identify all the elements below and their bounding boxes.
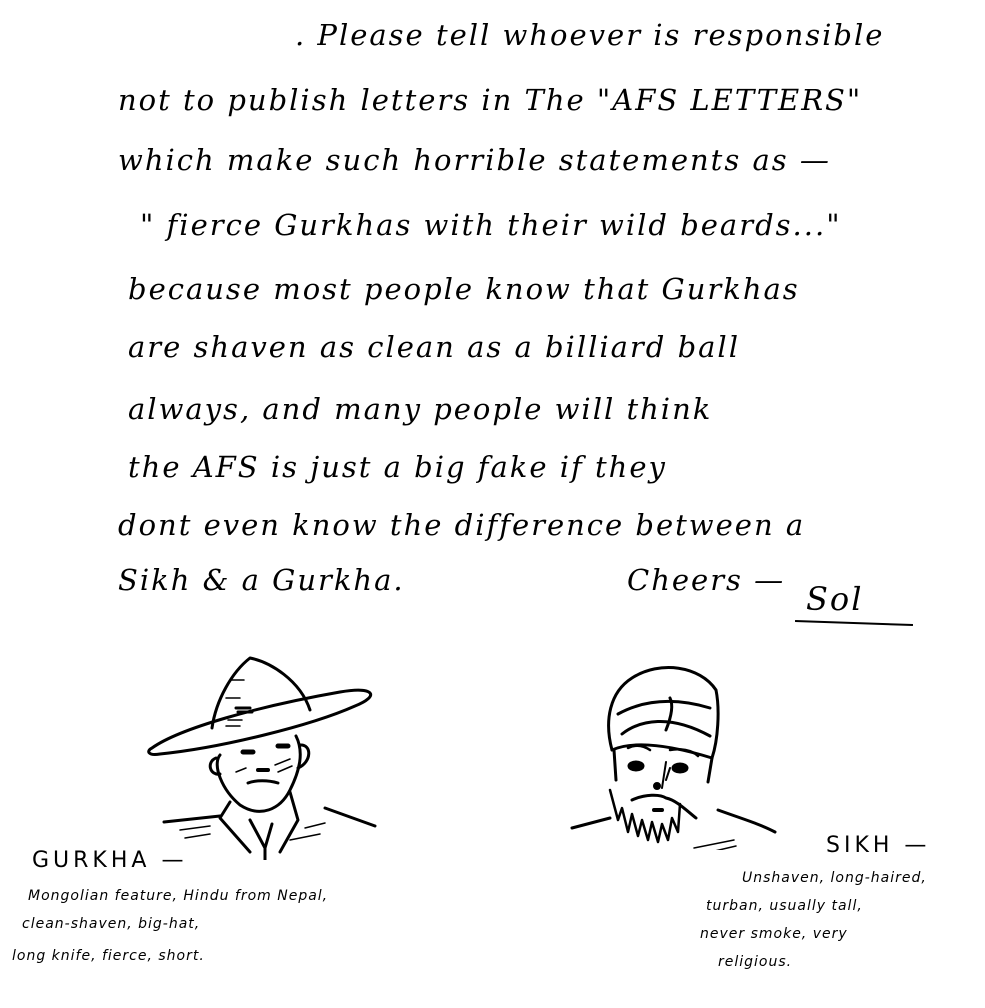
sikh-caption-line: Unshaven, long-haired, xyxy=(742,870,927,886)
sikh-man-sketch-icon xyxy=(570,650,800,850)
letter-line: are shaven as clean as a billiard ball xyxy=(128,330,740,364)
sikh-caption-line: religious. xyxy=(718,954,792,970)
gurkha-caption-line: clean-shaven, big-hat, xyxy=(22,916,200,932)
letter-line: because most people know that Gurkhas xyxy=(128,272,800,306)
sikh-caption-line: turban, usually tall, xyxy=(706,898,863,914)
letter-line: " fierce Gurkhas with their wild beards.… xyxy=(140,208,842,242)
letter-line: not to publish letters in The "AFS LETTE… xyxy=(118,83,862,117)
letter-signature: Sol xyxy=(806,580,863,618)
letter-line: which make such horrible statements as — xyxy=(118,143,831,177)
gurkha-soldier-sketch-icon xyxy=(140,640,390,860)
gurkha-caption-line: Mongolian feature, Hindu from Nepal, xyxy=(28,888,328,904)
letter-line: dont even know the difference between a xyxy=(118,508,805,542)
letter-line: always, and many people will think xyxy=(128,392,712,426)
letter-closing: Cheers — xyxy=(627,563,785,597)
letter-line: the AFS is just a big fake if they xyxy=(128,450,667,484)
signature-underline xyxy=(795,620,913,626)
gurkha-caption-line: long knife, fierce, short. xyxy=(12,948,205,964)
letter-line: . Please tell whoever is responsible xyxy=(295,18,884,52)
gurkha-caption-title: GURKHA — xyxy=(32,848,187,873)
sikh-caption-title: SIKH — xyxy=(826,833,930,858)
sikh-caption-line: never smoke, very xyxy=(700,926,848,942)
letter-line: Sikh & a Gurkha. xyxy=(118,563,405,597)
